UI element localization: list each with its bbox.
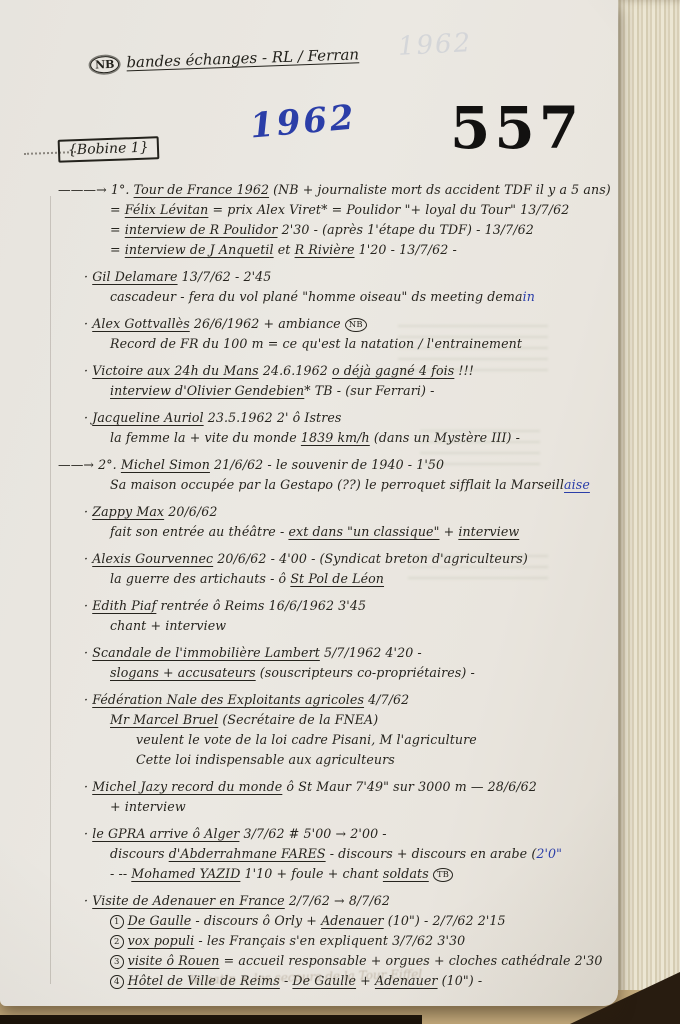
note-line: Sa maison occupée par la Gestapo (??) le…	[40, 475, 568, 495]
note-entry: · Alexis Gourvennec 20/6/62 - 4'00 - (Sy…	[40, 549, 568, 589]
nb-circle-badge: NB	[90, 56, 120, 74]
note-line: 1 De Gaulle - discours ô Orly + Adenauer…	[40, 911, 568, 931]
note-line: · Zappy Max 20/6/62	[40, 502, 568, 522]
header-note-text: bandes échanges - RL / Ferran	[126, 45, 359, 71]
photo-frame: 1962 NBbandes échanges - RL / Ferran 196…	[0, 0, 680, 1024]
note-line: · Alexis Gourvennec 20/6/62 - 4'00 - (Sy…	[40, 549, 568, 569]
note-line: fait son entrée au théâtre - ext dans "u…	[40, 522, 568, 542]
note-entry: · le GPRA arrive ô Alger 3/7/62 # 5'00 →…	[40, 824, 568, 884]
note-entry: · Scandale de l'immobilière Lambert 5/7/…	[40, 643, 568, 683]
note-entry: · Victoire aux 24h du Mans 24.6.1962 o d…	[40, 361, 568, 401]
note-line: 2 vox populi - les Français s'en expliqu…	[40, 931, 568, 951]
note-entry: · Zappy Max 20/6/62fait son entrée au th…	[40, 502, 568, 542]
note-line: · le GPRA arrive ô Alger 3/7/62 # 5'00 →…	[40, 824, 568, 844]
note-entry: · Fédération Nale des Exploitants agrico…	[40, 690, 568, 770]
note-line: · Visite de Adenauer en France 2/7/62 → …	[40, 891, 568, 911]
note-line: = Félix Lévitan = prix Alex Viret* = Pou…	[40, 200, 568, 220]
bleed-through-year: 1962	[397, 28, 473, 62]
note-entry: · Gil Delamare 13/7/62 - 2'45cascadeur -…	[40, 267, 568, 307]
note-line: · Michel Jazy record du monde ô St Maur …	[40, 777, 568, 797]
note-line: veulent le vote de la loi cadre Pisani, …	[40, 730, 568, 750]
note-line: ———→ 1°. Tour de France 1962 (NB + journ…	[40, 180, 568, 200]
note-line: · Scandale de l'immobilière Lambert 5/7/…	[40, 643, 568, 663]
desk-shadow-bar	[0, 1015, 422, 1024]
note-line: · Victoire aux 24h du Mans 24.6.1962 o d…	[40, 361, 568, 381]
note-line: Mr Marcel Bruel (Secrétaire de la FNEA)	[40, 710, 568, 730]
note-entry: ——→ 2°. Michel Simon 21/6/62 - le souven…	[40, 455, 568, 495]
note-line: · Jacqueline Auriol 23.5.1962 2' ô Istre…	[40, 408, 568, 428]
note-entry: · Jacqueline Auriol 23.5.1962 2' ô Istre…	[40, 408, 568, 448]
page-stack-edge	[612, 0, 680, 1016]
note-line: Cette loi indispensable aux agriculteurs	[40, 750, 568, 770]
note-line: chant + interview	[40, 616, 568, 636]
note-line: · Gil Delamare 13/7/62 - 2'45	[40, 267, 568, 287]
note-line: · Alex Gottvallès 26/6/1962 + ambiance N…	[40, 314, 568, 334]
note-line: interview d'Olivier Gendebien* TB - (sur…	[40, 381, 568, 401]
note-entry: · Alex Gottvallès 26/6/1962 + ambiance N…	[40, 314, 568, 354]
reel-label: {Bobine 1}	[58, 136, 159, 162]
note-entry: · Edith Piaf rentrée ô Reims 16/6/1962 3…	[40, 596, 568, 636]
note-line: - -- Mohamed YAZID 1'10 + foule + chant …	[40, 864, 568, 884]
year-heading: 1962	[248, 97, 358, 146]
note-line: 3 visite ô Rouen = accueil responsable +…	[40, 951, 568, 971]
note-line: + interview	[40, 797, 568, 817]
note-line: = interview de R Poulidor 2'30 - (après …	[40, 220, 568, 240]
note-line: cascadeur - fera du vol plané "homme ois…	[40, 287, 568, 307]
note-line: ——→ 2°. Michel Simon 21/6/62 - le souven…	[40, 455, 568, 475]
note-line: · Edith Piaf rentrée ô Reims 16/6/1962 3…	[40, 596, 568, 616]
page-number: 557	[450, 94, 583, 162]
header-note: NBbandes échanges - RL / Ferran	[90, 45, 360, 73]
note-line: la guerre des artichauts - ô St Pol de L…	[40, 569, 568, 589]
note-entry: · Michel Jazy record du monde ô St Maur …	[40, 777, 568, 817]
note-entry: ———→ 1°. Tour de France 1962 (NB + journ…	[40, 180, 568, 260]
notes-list: ———→ 1°. Tour de France 1962 (NB + journ…	[40, 180, 568, 991]
note-line: slogans + accusateurs (souscripteurs co-…	[40, 663, 568, 683]
note-line: la femme la + vite du monde 1839 km/h (d…	[40, 428, 568, 448]
note-line: · Fédération Nale des Exploitants agrico…	[40, 690, 568, 710]
note-line: = interview de J Anquetil et R Rivière 1…	[40, 240, 568, 260]
note-line: discours d'Abderrahmane FARES - discours…	[40, 844, 568, 864]
notebook-page: 1962 NBbandes échanges - RL / Ferran 196…	[0, 0, 618, 1006]
note-line: Record de FR du 100 m = ce qu'est la nat…	[40, 334, 568, 354]
